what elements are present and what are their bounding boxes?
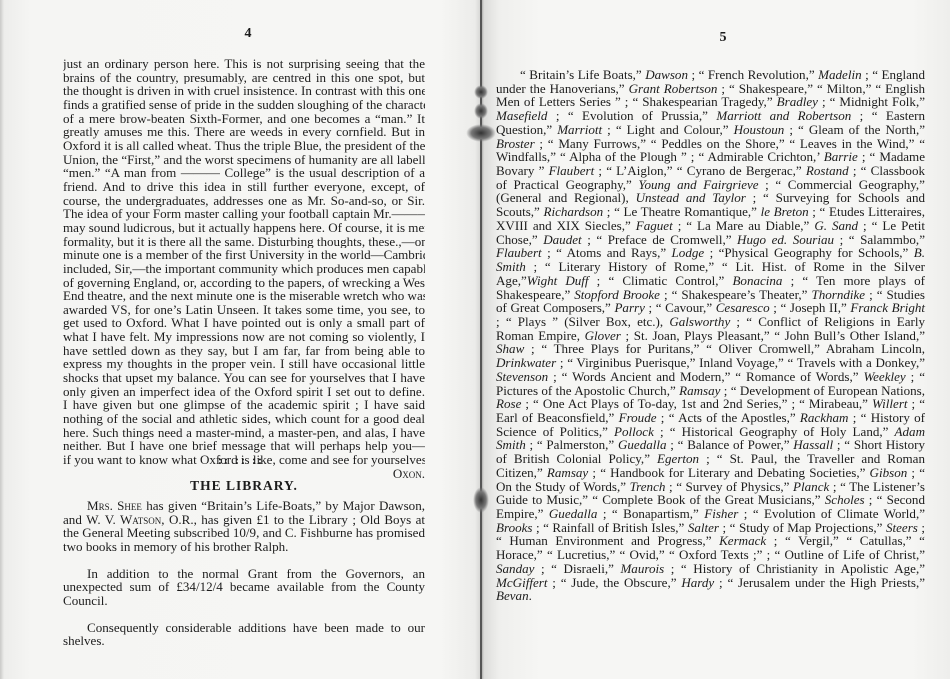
book-list-paragraph: “ Britain’s Life Boats,” Dawson ; “ Fren… xyxy=(496,68,925,603)
essay-line: minute one is a member of the first Univ… xyxy=(63,248,425,262)
essay-line: only given an imperfect idea of the Oxfo… xyxy=(63,385,425,399)
essay-line: neither. But I have one brief message th… xyxy=(63,439,425,453)
essay-paragraph: just an ordinary person here. This is no… xyxy=(63,57,425,467)
binding-mark xyxy=(466,124,496,142)
right-page: 5 “ Britain’s Life Boats,” Dawson ; “ Fr… xyxy=(481,0,950,679)
essay-line: have settled down as they say, but I am … xyxy=(63,344,425,358)
section-title: THE LIBRARY. xyxy=(63,478,425,494)
book-title: “ Jerusalem under the High Priests,” xyxy=(727,575,925,590)
essay-line: included, Sir,—the important community w… xyxy=(63,262,425,276)
essay-line: may sound ludicrous, but it actually hap… xyxy=(63,221,425,235)
essay-line: finds a gratified sense of pride in the … xyxy=(63,98,425,112)
essay-body: just an ordinary person here. This is no… xyxy=(63,57,425,480)
essay-line: what I have felt. My impressions now are… xyxy=(63,330,425,344)
essay-line: here. Such things need a master-mind, a … xyxy=(63,426,425,440)
book-spread: 4 just an ordinary person here. This is … xyxy=(0,0,950,679)
library-paragraph: In addition to the normal Grant from the… xyxy=(63,567,425,608)
page-number: 4 xyxy=(238,26,258,42)
binding-mark xyxy=(473,487,489,513)
binding-mark xyxy=(474,85,488,99)
essay-line: Union, the “First,” and the worst specim… xyxy=(63,153,425,167)
essay-line: “men.” “A man from ——— College” is the u… xyxy=(63,166,425,180)
book-author: Bevan xyxy=(496,588,529,603)
library-paragraph: Mrs. Shee has given “Britain’s Life-Boat… xyxy=(63,499,425,554)
essay-line: awarded VS, for one’s Latin Unseen. It t… xyxy=(63,303,425,317)
page-gutter xyxy=(480,0,482,679)
book-list: “ Britain’s Life Boats,” Dawson ; “ Fren… xyxy=(496,68,925,603)
essay-line: Oxford it is all called wheat. Thus the … xyxy=(63,139,425,153)
essay-line: express my thoughts in the proper vein. … xyxy=(63,357,425,371)
page-number: 5 xyxy=(713,30,733,46)
library-paragraph: Consequently considerable additions have… xyxy=(63,621,425,648)
essay-line: I have given but one glimpse of the acad… xyxy=(63,398,425,412)
left-page: 4 just an ordinary person here. This is … xyxy=(0,0,481,679)
essay-line: get used to Oxford. What I have pointed … xyxy=(63,316,425,330)
library-body: Mrs. Shee has given “Britain’s Life-Boat… xyxy=(63,499,425,648)
essay-line: End theatre, and the next minute one is … xyxy=(63,289,425,303)
essay-line: course, the undergraduates, addresses on… xyxy=(63,194,425,208)
essay-line: of a mere brow-beaten Sixth-Former, and … xyxy=(63,112,425,126)
book-title: “ Jude, the Obscure,” xyxy=(561,575,682,590)
essay-line: the thought is driven in with cruel insi… xyxy=(63,84,425,98)
essay-line: shocks that upset my balance. You can se… xyxy=(63,371,425,385)
essay-line: just an ordinary person here. This is no… xyxy=(63,57,425,71)
book-author: Hardy xyxy=(681,575,714,590)
essay-line: greatly amuses me this. There are weeds … xyxy=(63,125,425,139)
essay-line: brains of the country, presumably, are c… xyxy=(63,71,425,85)
binding-mark xyxy=(474,103,488,119)
essay-line: The idea of your Form master calling you… xyxy=(63,207,425,221)
essay-line: formality, but it is there all the same.… xyxy=(63,235,425,249)
essay-line: of governing England, or, according to t… xyxy=(63,276,425,290)
section-ornament: :: :: :: xyxy=(218,453,264,468)
essay-line: friend. And to drive this idea in still … xyxy=(63,180,425,194)
essay-line: nothing of the social and athletic sides… xyxy=(63,412,425,426)
